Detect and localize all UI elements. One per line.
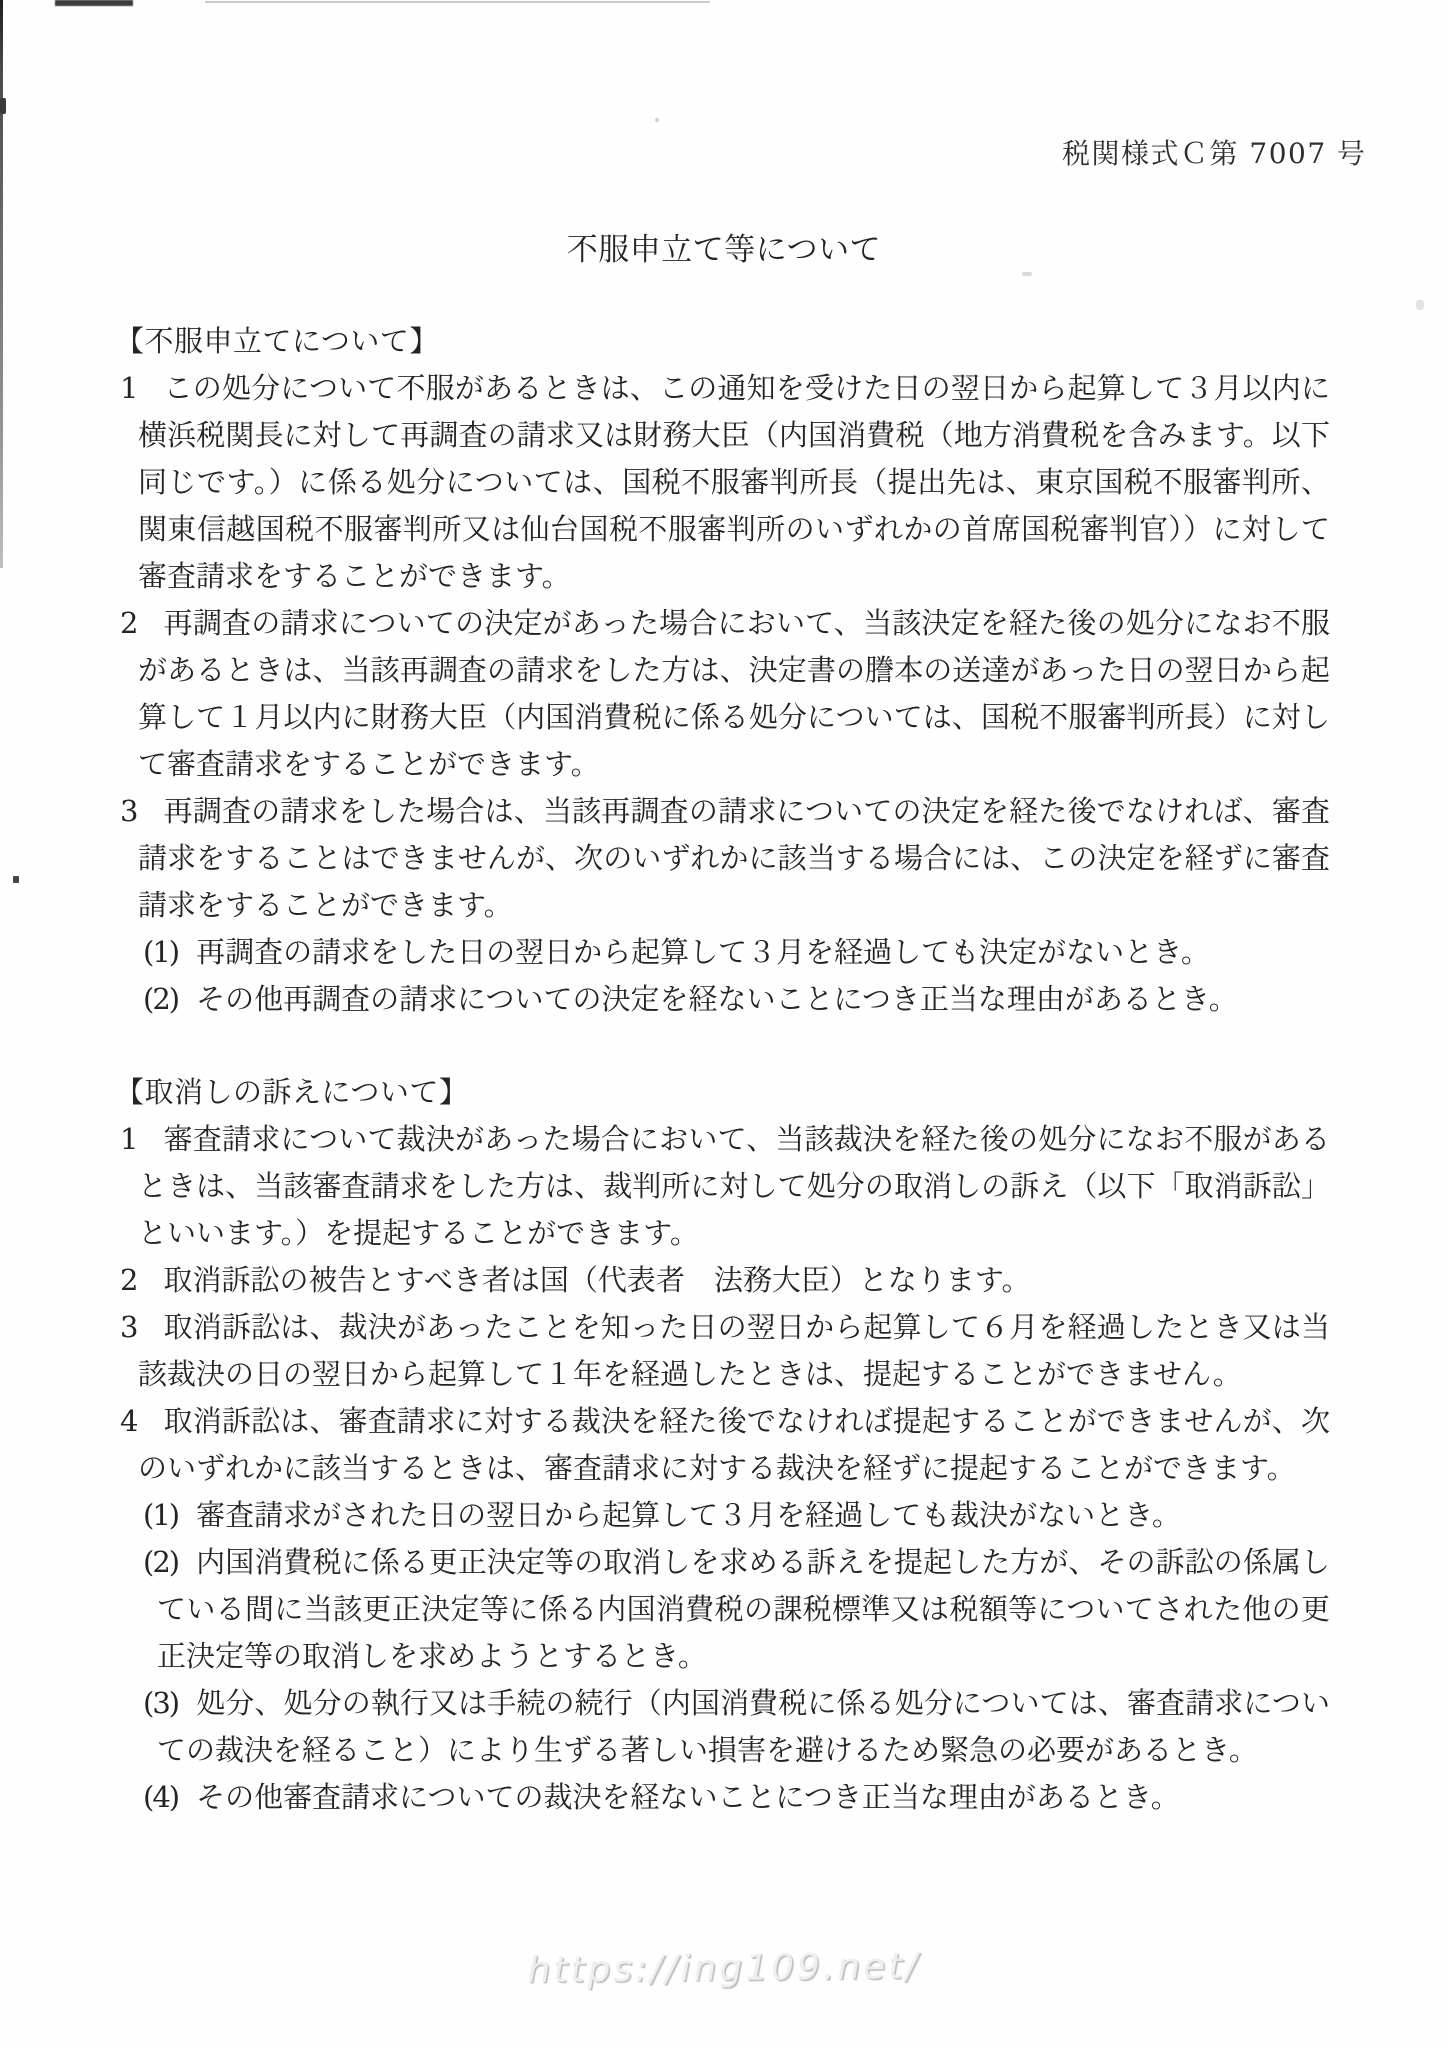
section-heading: 【不服申立てについて】 bbox=[115, 318, 1330, 365]
scan-speck bbox=[655, 118, 659, 122]
sub-list-item: (2)内国消費税に係る更正決定等の取消しを求める訴えを提起した方が、その訴訟の係… bbox=[157, 1539, 1330, 1680]
item-number: 2 bbox=[120, 606, 138, 640]
list-item: 1この処分について不服があるときは、この通知を受けた日の翌日から起算して３月以内… bbox=[138, 365, 1330, 600]
sub-item-text: 内国消費税に係る更正決定等の取消しを求める訴えを提起した方が、その訴訟の係属して… bbox=[157, 1545, 1330, 1673]
scanned-document-page: 税関様式Ｃ第 7007 号 不服申立て等について 【不服申立てについて】 1この… bbox=[0, 0, 1448, 2048]
sub-item-text: その他審査請求についての裁決を経ないことにつき正当な理由があるとき。 bbox=[196, 1780, 1180, 1814]
item-text: 取消訴訟の被告とすべき者は国（代表者 法務大臣）となります。 bbox=[163, 1263, 1030, 1297]
sub-list-item: (4)その他審査請求についての裁決を経ないことにつき正当な理由があるとき。 bbox=[157, 1774, 1330, 1821]
item-number: 1 bbox=[120, 1122, 138, 1156]
item-number: 1 bbox=[120, 371, 138, 405]
sub-item-text: 再調査の請求をした日の翌日から起算して３月を経過しても決定がないとき。 bbox=[196, 935, 1210, 969]
list-item: 4取消訴訟は、審査請求に対する裁決を経た後でなければ提起することができませんが、… bbox=[138, 1398, 1330, 1492]
section-objection: 【不服申立てについて】 1この処分について不服があるときは、この通知を受けた日の… bbox=[115, 318, 1330, 1023]
scan-dot-artifact bbox=[13, 876, 19, 883]
site-watermark: https://ing109.net/ bbox=[0, 1940, 1448, 1996]
sub-list-item: (2)その他再調査の請求についての決定を経ないことにつき正当な理由があるとき。 bbox=[157, 976, 1330, 1023]
item-number: 3 bbox=[120, 794, 138, 828]
item-text: 再調査の請求をした場合は、当該再調査の請求についての決定を経た後でなければ、審査… bbox=[138, 794, 1330, 922]
sub-item-number: (1) bbox=[143, 935, 178, 969]
document-title: 不服申立て等について bbox=[0, 224, 1448, 269]
item-text: 審査請求について裁決があった場合において、当該裁決を経た後の処分になお不服がある… bbox=[138, 1122, 1330, 1250]
list-item: 1審査請求について裁決があった場合において、当該裁決を経た後の処分になお不服があ… bbox=[138, 1116, 1330, 1257]
section-revocation-suit: 【取消しの訴えについて】 1審査請求について裁決があった場合において、当該裁決を… bbox=[115, 1069, 1330, 1821]
sub-item-number: (2) bbox=[143, 1545, 178, 1579]
section-heading: 【取消しの訴えについて】 bbox=[115, 1069, 1330, 1116]
item-text: 取消訴訟は、審査請求に対する裁決を経た後でなければ提起することができませんが、次… bbox=[138, 1404, 1330, 1485]
sub-item-number: (4) bbox=[143, 1780, 178, 1814]
scan-speck bbox=[1416, 300, 1424, 310]
scan-edge-blob bbox=[0, 98, 6, 114]
item-number: 2 bbox=[120, 1263, 138, 1297]
scan-speck bbox=[1022, 272, 1032, 276]
item-text: この処分について不服があるときは、この通知を受けた日の翌日から起算して３月以内に… bbox=[138, 371, 1330, 593]
item-text: 取消訴訟は、裁決があったことを知った日の翌日から起算して６月を経過したとき又は当… bbox=[138, 1310, 1330, 1391]
sub-list-item: (1)再調査の請求をした日の翌日から起算して３月を経過しても決定がないとき。 bbox=[157, 929, 1330, 976]
item-number: 4 bbox=[120, 1404, 138, 1438]
sub-item-text: 処分、処分の執行又は手続の続行（内国消費税に係る処分については、審査請求について… bbox=[157, 1686, 1330, 1767]
sub-list-item: (1)審査請求がされた日の翌日から起算して３月を経過しても裁決がないとき。 bbox=[157, 1492, 1330, 1539]
list-item: 2取消訴訟の被告とすべき者は国（代表者 法務大臣）となります。 bbox=[138, 1257, 1330, 1304]
sub-item-text: その他再調査の請求についての決定を経ないことにつき正当な理由があるとき。 bbox=[196, 982, 1238, 1016]
sub-item-number: (2) bbox=[143, 982, 178, 1016]
item-text: 再調査の請求についての決定があった場合において、当該決定を経た後の処分になお不服… bbox=[138, 606, 1330, 781]
scan-edge-artifact bbox=[0, 0, 3, 568]
scan-corner-mark bbox=[55, 0, 133, 6]
sub-item-number: (3) bbox=[143, 1686, 178, 1720]
sub-list-item: (3)処分、処分の執行又は手続の続行（内国消費税に係る処分については、審査請求に… bbox=[157, 1680, 1330, 1774]
document-body: 【不服申立てについて】 1この処分について不服があるときは、この通知を受けた日の… bbox=[115, 318, 1330, 1821]
list-item: 3取消訴訟は、裁決があったことを知った日の翌日から起算して６月を経過したとき又は… bbox=[138, 1304, 1330, 1398]
sub-item-text: 審査請求がされた日の翌日から起算して３月を経過しても裁決がないとき。 bbox=[196, 1498, 1181, 1532]
item-number: 3 bbox=[120, 1310, 138, 1344]
form-number: 税関様式Ｃ第 7007 号 bbox=[1062, 132, 1367, 172]
list-item: 2再調査の請求についての決定があった場合において、当該決定を経た後の処分になお不… bbox=[138, 600, 1330, 788]
scan-top-line-artifact bbox=[205, 1, 710, 3]
sub-item-number: (1) bbox=[143, 1498, 178, 1532]
list-item: 3再調査の請求をした場合は、当該再調査の請求についての決定を経た後でなければ、審… bbox=[138, 788, 1330, 929]
